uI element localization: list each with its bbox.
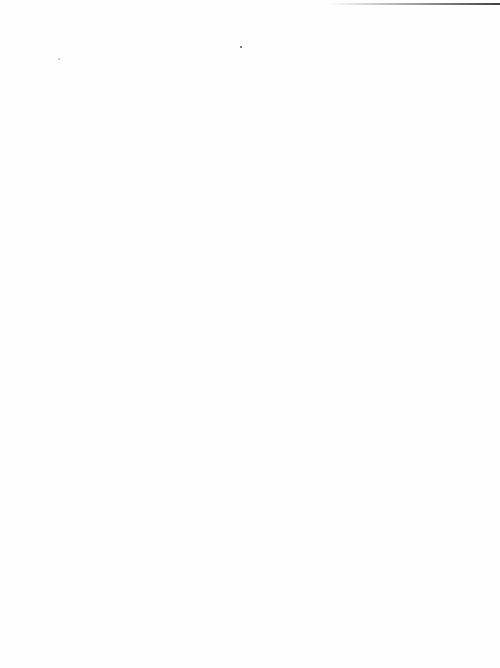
scan-edge-shadow — [330, 3, 500, 5]
scan-speck — [240, 46, 242, 48]
document-page — [0, 0, 500, 668]
scan-speck — [58, 58, 60, 60]
